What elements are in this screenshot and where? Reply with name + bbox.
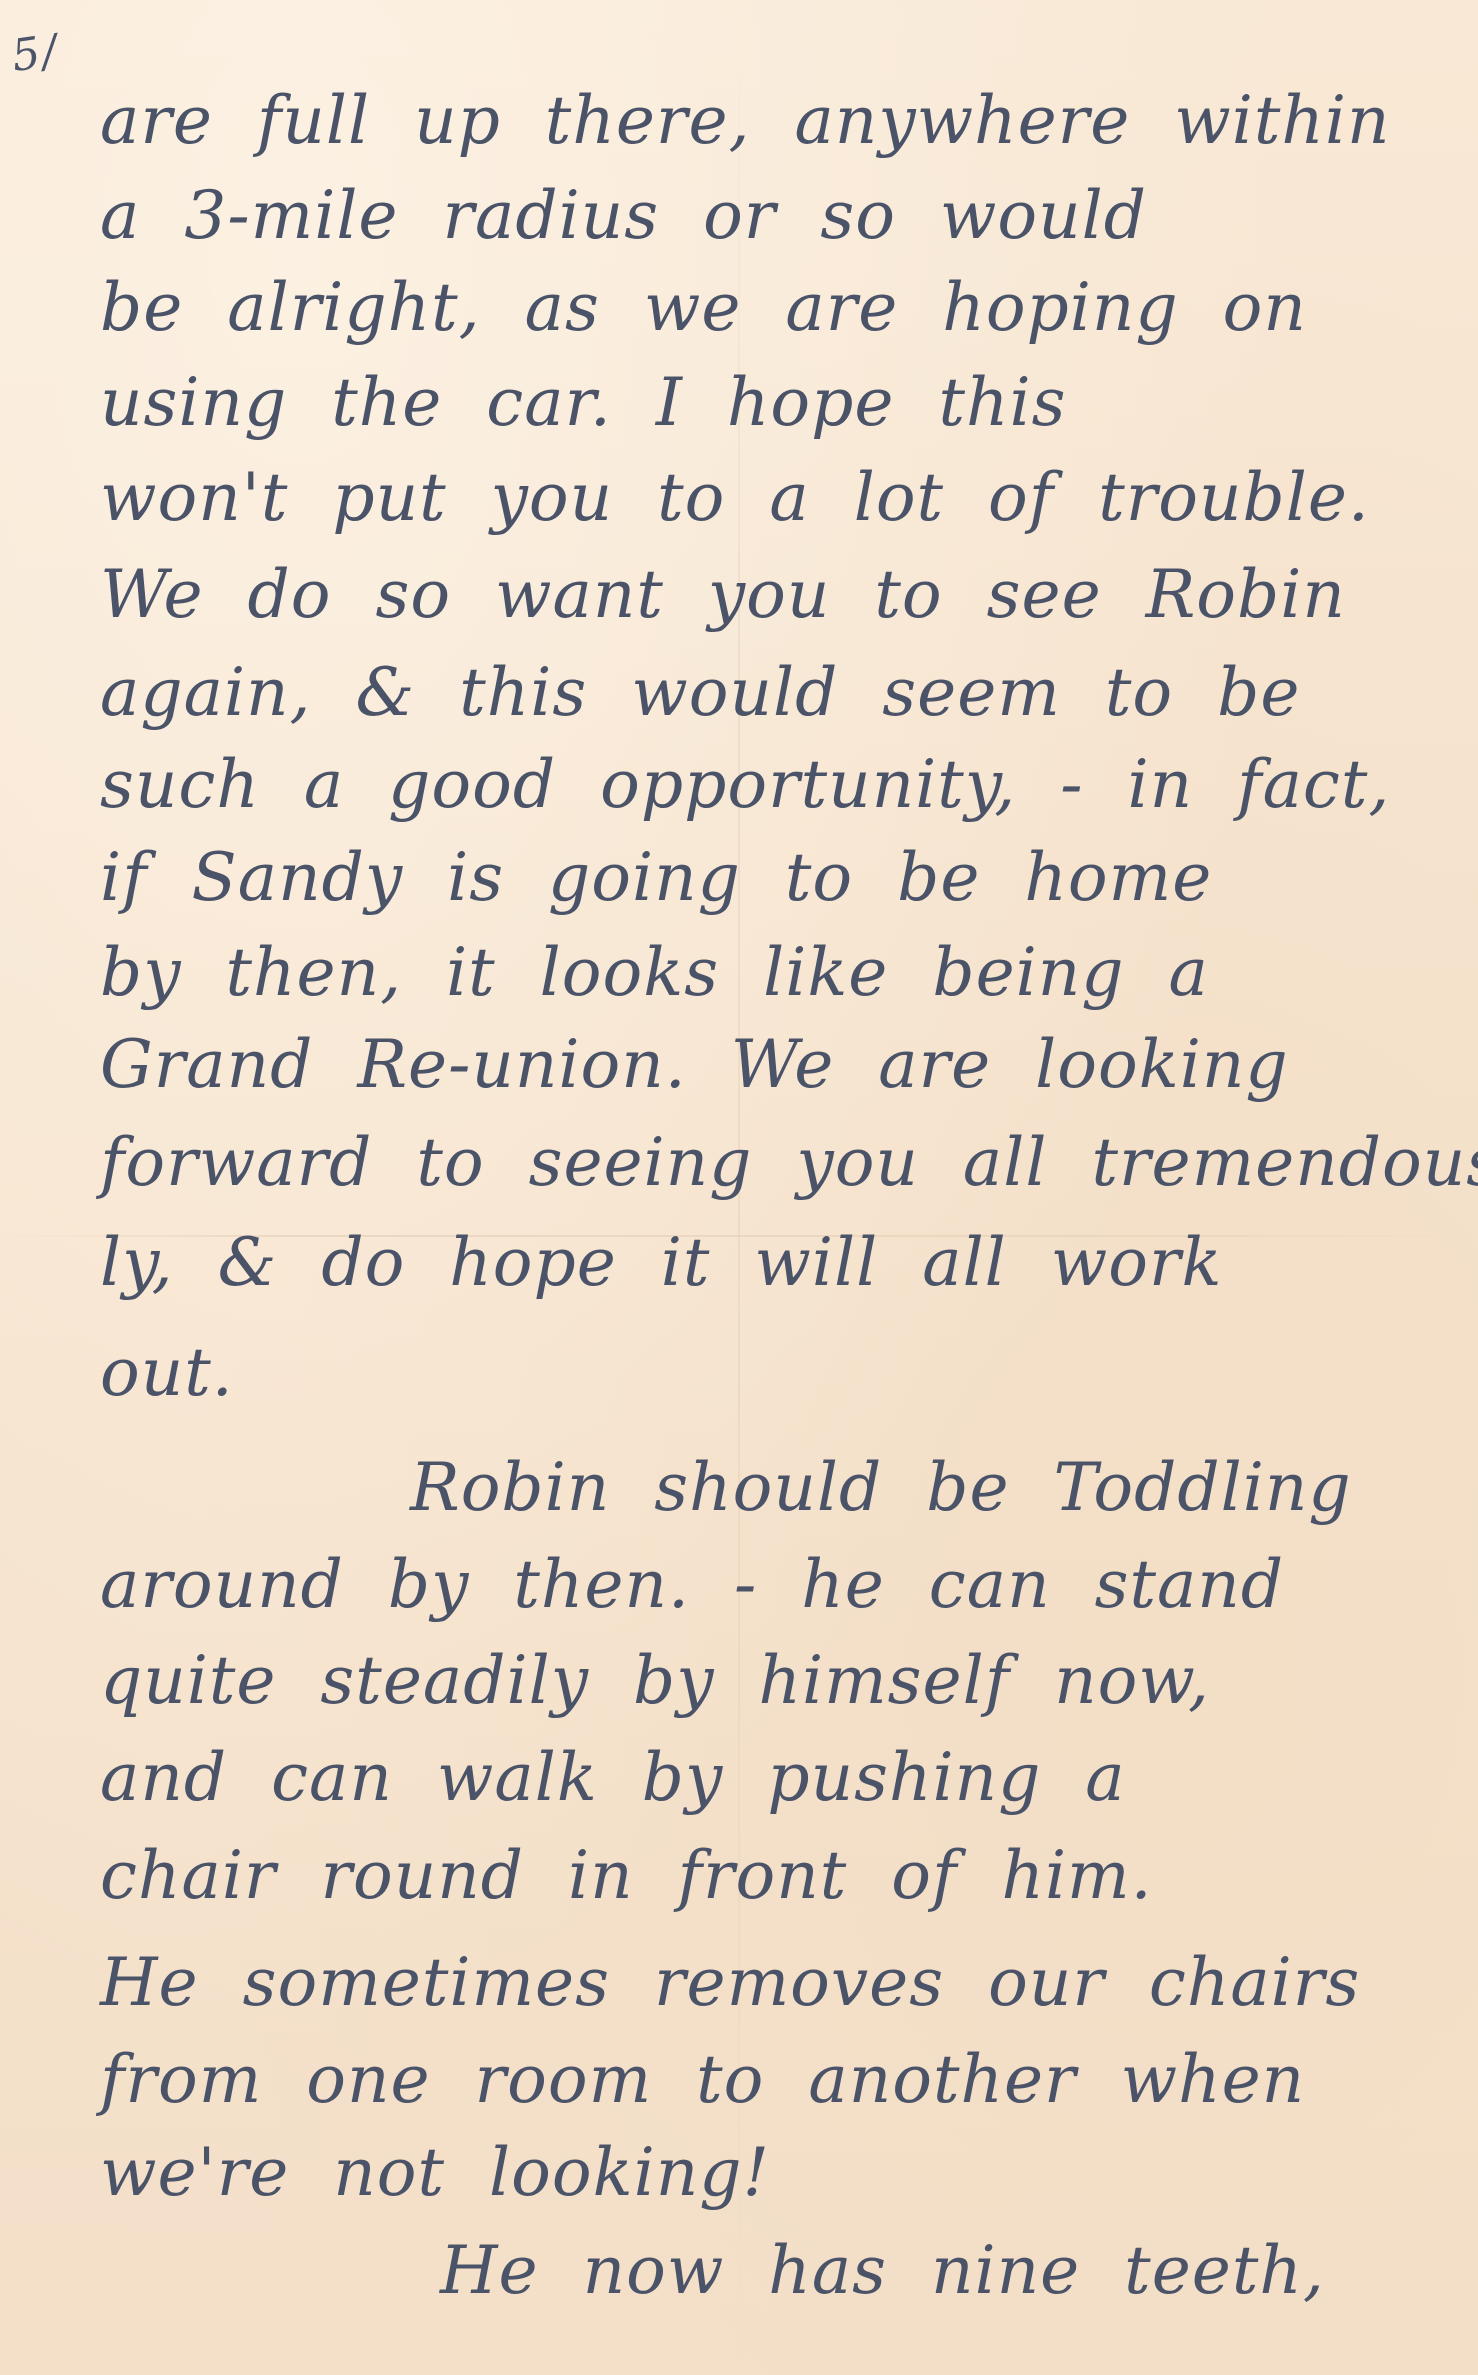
letter-line: using the car. I hope this xyxy=(100,370,1460,436)
letter-line: He sometimes removes our chairs xyxy=(100,1950,1460,2016)
page-number: 5/ xyxy=(9,25,62,82)
letter-line: chair round in front of him. xyxy=(100,1843,1460,1909)
letter-line: if Sandy is going to be home xyxy=(100,845,1460,911)
letter-line: again, & this would seem to be xyxy=(100,660,1460,726)
letter-line: out. xyxy=(100,1340,1460,1406)
letter-line: quite steadily by himself now, xyxy=(100,1648,1460,1714)
letter-line: and can walk by pushing a xyxy=(100,1745,1460,1811)
letter-line: ly, & do hope it will all work xyxy=(100,1230,1460,1296)
letter-line: around by then. - he can stand xyxy=(100,1552,1460,1618)
letter-line: We do so want you to see Robin xyxy=(100,562,1460,628)
letter-line: are full up there, anywhere within xyxy=(100,88,1460,154)
letter-line: forward to seeing you all tremendous- xyxy=(100,1130,1460,1196)
letter-line: from one room to another when xyxy=(100,2047,1460,2113)
letter-line: Grand Re-union. We are looking xyxy=(100,1032,1460,1098)
letter-line: such a good opportunity, - in fact, xyxy=(100,752,1460,818)
letter-page: 5/ are full up there, anywhere within a … xyxy=(0,0,1478,2375)
letter-line: a 3-mile radius or so would xyxy=(100,183,1460,249)
paragraph-start-line: Robin should be Toddling xyxy=(410,1455,1450,1521)
letter-line: be alright, as we are hoping on xyxy=(100,275,1460,341)
letter-line: won't put you to a lot of trouble. xyxy=(100,465,1460,531)
letter-line: by then, it looks like being a xyxy=(100,940,1460,1006)
letter-line: we're not looking! xyxy=(100,2140,1460,2206)
paragraph-start-line: He now has nine teeth, xyxy=(440,2238,1450,2304)
